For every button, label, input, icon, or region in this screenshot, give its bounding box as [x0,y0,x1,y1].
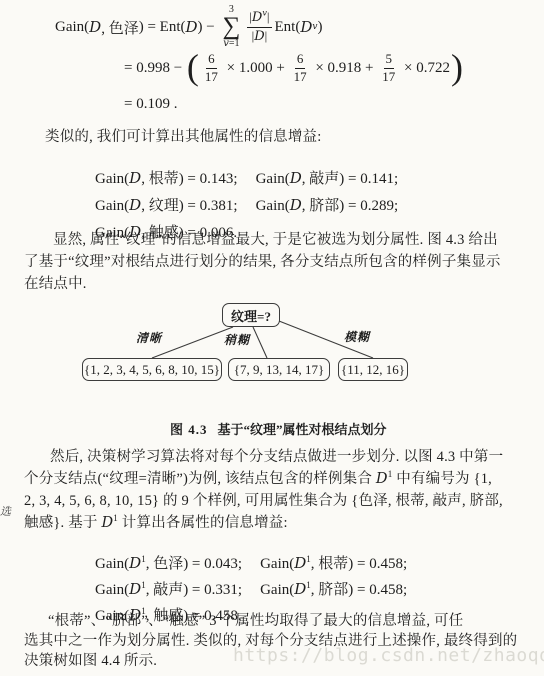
tree-edge-slightly-blurry [253,327,267,358]
var-D: D [252,10,262,25]
var-D: D [89,18,101,36]
tree-branch-label-slightly-blurry: 稍糊 [224,331,250,348]
paragraph-then-line2: 个分支结点(“纹理=清晰”)为例, 该结点包含的样例集合 D1 中有编号为 {1… [24,467,492,488]
margin-note: 选 [0,503,11,519]
textbook-page: 选 Gain(D, 色泽) = Ent(D) − 3 ∑ v=1 |Dv| |D… [0,0,544,676]
var-D: D [254,29,264,44]
text-run: Ent( [275,19,301,36]
fraction-numerator: |Dv| [247,9,271,27]
text-run: | [265,28,268,43]
text-run: = 0.998 − [124,60,186,77]
text-run: ) = Ent( [139,19,186,36]
paragraph-obviously-line3: 在结点中. [24,272,87,293]
text-run: Gain( [260,582,294,598]
text-run: | [267,9,270,24]
fraction-numerator: 5 [384,51,395,68]
gain-value: 0.289; [360,198,398,214]
paragraph-then-line1: 然后, 决策树学习算法将对每个分支结点做进一步划分. 以图 4.3 中第一 [50,445,503,466]
paragraph-similarly: 类似的, 我们可计算出其他属性的信息增益: [45,125,321,146]
tree-edge-clear [152,327,233,358]
gain-item: Gain(D1, 脐部) = 0.458; [260,582,407,598]
text-run: ) [317,19,322,36]
paragraph-then-line3: 2, 3, 4, 5, 6, 8, 10, 15} 的 9 个样例, 可用属性集… [24,489,503,510]
paragraph-obviously-line1: 显然, 属性“纹理”的信息增益最大, 于是它被选为划分属性. 图 4.3 给出 [53,228,498,249]
tree-leaf-node-2: {7, 9, 13, 14, 17} [228,358,330,381]
tree-leaf-node-1: {1, 2, 3, 4, 5, 6, 8, 10, 15} [82,358,222,381]
text-run: , 色泽 [101,17,139,38]
text-run: 个分支结点(“纹理=清晰”)为例, 该结点包含的样例集合 [24,471,376,487]
fraction-numerator: 6 [295,51,306,68]
csdn-watermark: https://blog.csdn.net/zhaoqqa [233,645,544,666]
text-run: Gain( [55,19,89,36]
var-D1: D [101,515,113,531]
fraction-Dv-over-D: |Dv| |D| [247,9,271,45]
text-run: × 1.000 + [223,60,289,77]
paragraph-obviously-line2: 了基于“纹理”对根结点进行划分的结果, 各分支结点所包含的样例子集显示 [24,250,501,271]
equation-gain-seze-line3: = 0.109 . [124,94,177,114]
var-D1: D [376,471,388,487]
text-run: × 0.918 + [312,60,378,77]
text-run: × 0.722 [400,60,450,77]
paragraph-then-line4: 触感}. 基于 D1 计算出各属性的信息增益: [24,511,288,532]
fraction-5-17: 517 [380,51,397,85]
text-run: ) − [198,19,219,36]
figure-title: 基于“纹理”属性对根结点划分 [218,422,387,437]
summation-symbol: 3 ∑ v=1 [222,5,240,49]
text-run: Gain( [256,198,290,214]
fraction-denominator: 17 [292,69,309,85]
text-run: , 脐部) = [302,198,360,214]
fraction-numerator: 6 [206,51,217,68]
gain-value: 0.458; [369,582,407,598]
figure-number: 图 4.3 [170,422,208,437]
text-run: 中有编号为 {1, [392,471,492,487]
equation-gain-seze-line2: = 0.998 − ( 617 × 1.000 + 617 × 0.918 + … [124,46,464,90]
var-D: D [185,18,197,36]
fraction-6-17: 617 [292,51,309,85]
var-D1: D [294,580,306,598]
text-run: 触感}. 基于 [24,515,101,531]
gain-item: Gain(D, 脐部) = 0.289; [256,198,399,214]
text-run: = 0.109 . [124,96,177,113]
fraction-6-17: 617 [203,51,220,85]
big-paren-open: ( [187,49,199,85]
equation-gain-seze-line1: Gain(D, 色泽) = Ent(D) − 3 ∑ v=1 |Dv| |D| … [55,2,322,52]
paragraph-conclusion-line3: 决策树如图 4.4 所示. [24,649,157,670]
text-run: 计算出各属性的信息增益: [118,515,288,531]
paragraph-conclusion-line1: “根蒂”、“脐部”、“触感” 3 个属性均取得了最大的信息增益, 可任 [48,609,463,630]
tree-leaf-node-3: {11, 12, 16} [338,358,408,381]
tree-root-node: 纹理=? [222,303,280,327]
fraction-denominator: 17 [203,69,220,85]
big-paren-close: ) [451,49,463,85]
var-D: D [290,196,302,214]
tree-branch-label-blurry: 模糊 [344,328,370,345]
sigma-icon: ∑ [222,15,240,39]
text-run: , 脐部) = [311,582,369,598]
tree-branch-label-clear: 清晰 [136,329,162,346]
fraction-denominator: |D| [250,28,270,45]
fraction-denominator: 17 [380,69,397,85]
var-D: D [300,18,312,36]
